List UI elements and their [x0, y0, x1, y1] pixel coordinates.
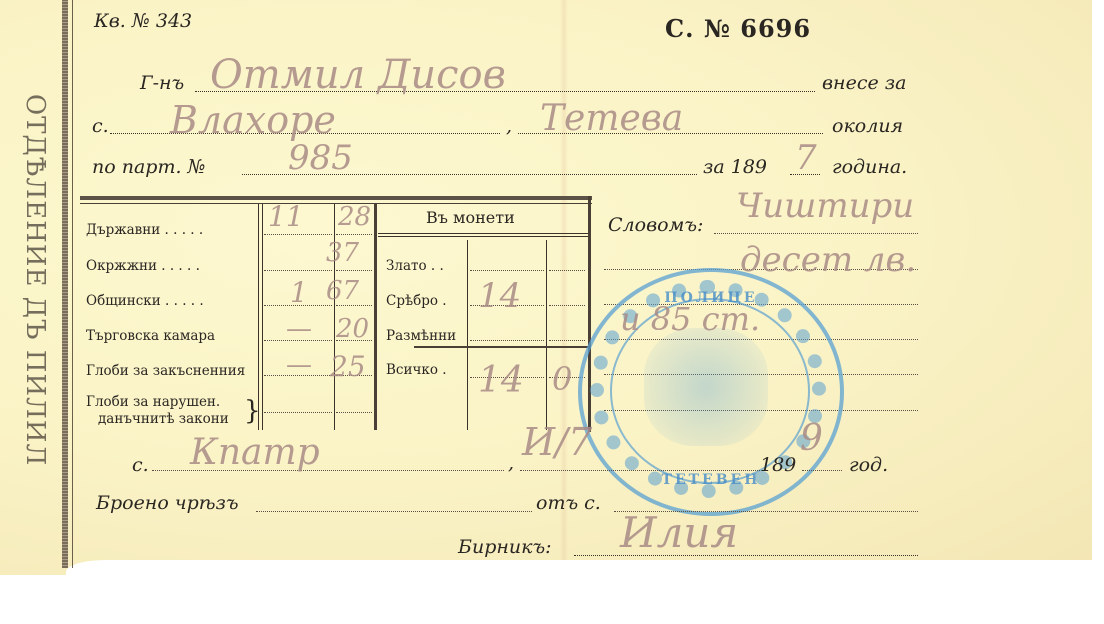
- handwritten-district-st: 37: [326, 238, 359, 268]
- handwritten-year-digit: 7: [795, 138, 817, 178]
- row-label-chamber: Търговска камара: [86, 328, 215, 344]
- payer-label: Г-нъ: [140, 72, 184, 94]
- handwritten-words-2: десет лв.: [740, 240, 916, 280]
- table-top-rule: [80, 203, 592, 204]
- words-label: Словомъ:: [608, 214, 703, 236]
- coins-header: Въ монети: [426, 208, 515, 227]
- handwritten-payer-name: Отмил Дисов: [210, 52, 506, 98]
- place-comma: ,: [508, 452, 514, 474]
- handwritten-date-year: 9: [800, 418, 823, 459]
- footer-year-prefix: 189: [760, 454, 796, 476]
- year-prefix: за 189: [703, 156, 767, 178]
- coins-header-rule: [378, 236, 588, 237]
- table-vline: [374, 204, 377, 430]
- handwritten-total-lev: 14: [478, 360, 524, 401]
- row-st-field[interactable]: [336, 234, 372, 235]
- coat-of-arms-icon: [644, 328, 768, 446]
- handwritten-words-1: Чиштири: [736, 186, 914, 226]
- district-suffix: околия: [832, 115, 903, 137]
- brace: }: [244, 396, 261, 426]
- handwritten-chamber-lev: —: [286, 314, 312, 344]
- handwritten-signature: Илия: [620, 508, 738, 557]
- coin-st-field[interactable]: [549, 340, 585, 341]
- handwritten-late-lev: —: [286, 350, 312, 380]
- row-label-district: Окржжни . . . . .: [86, 258, 200, 274]
- receipt-number: Кв. № 343: [94, 10, 192, 32]
- row-lev-field[interactable]: [264, 270, 332, 271]
- words-field-line-1[interactable]: [714, 233, 918, 234]
- stamp-bottom-text: ТЕТЕВЕН: [582, 472, 840, 488]
- torn-edge: [66, 560, 1096, 582]
- row-st-field[interactable]: [336, 270, 372, 271]
- coins-header-rule: [378, 233, 588, 234]
- coins-vline: [546, 240, 547, 430]
- coin-label-change: Размѣнни: [386, 328, 456, 344]
- row-label-late-fines: Глоби за закъсненния: [86, 363, 245, 379]
- handwritten-silver-lev: 14: [478, 276, 521, 316]
- row-label-violation-fines-2: данъчнитѣ закони: [98, 411, 229, 427]
- row-label-state: Държавни . . . . .: [86, 222, 203, 238]
- handwritten-municipal-lev: 1: [290, 276, 308, 309]
- village-comma: ,: [506, 115, 512, 137]
- stub-inner-line: [72, 0, 73, 568]
- year-suffix: година.: [832, 156, 907, 178]
- counted-by-field-line[interactable]: [256, 511, 532, 512]
- handwritten-party-number: 985: [288, 138, 353, 178]
- handwritten-village: Влахоре: [170, 98, 336, 142]
- handwritten-state-lev: 11: [268, 200, 304, 233]
- handwritten-total-st: 0: [552, 360, 572, 398]
- coins-vline: [467, 240, 468, 430]
- coins-total-rule: [414, 346, 588, 348]
- row-lev-field[interactable]: [264, 412, 332, 413]
- date-field-line[interactable]: [520, 470, 760, 471]
- handwritten-place: Кпатр: [190, 432, 320, 473]
- coin-label-gold: Злато . .: [386, 258, 444, 274]
- handwritten-state-st: 28: [338, 202, 371, 232]
- party-number-label: по парт. №: [92, 156, 206, 178]
- coin-lev-field[interactable]: [470, 270, 544, 271]
- counted-by-label: Броено чрѣзъ: [96, 492, 239, 514]
- coin-label-total: Всичко .: [386, 362, 447, 378]
- row-label-municipal: Общински . . . . .: [86, 293, 204, 309]
- collector-label: Бирникъ:: [458, 536, 552, 558]
- stub-side-text: ОТДѢЛЕНИЕ ДЪ ПИЛИЛ: [20, 20, 50, 540]
- coin-st-field[interactable]: [549, 270, 585, 271]
- handwritten-district: Тетева: [540, 98, 683, 139]
- coin-label-silver: Срѣбро .: [386, 293, 447, 309]
- table-vline: [262, 204, 263, 430]
- handwritten-chamber-st: 20: [336, 314, 369, 344]
- coin-st-field[interactable]: [549, 305, 585, 306]
- payer-suffix: внесе за: [822, 72, 906, 94]
- row-label-violation-fines: Глоби за нарушен.: [86, 394, 220, 410]
- village-label: с.: [92, 115, 109, 137]
- handwritten-words-3: и 85 ст.: [620, 300, 760, 338]
- serial-number: С. № 6696: [665, 14, 811, 43]
- handwritten-late-st: 25: [330, 350, 366, 383]
- coin-lev-field[interactable]: [470, 340, 544, 341]
- footer-year-suffix: год.: [849, 454, 888, 476]
- footer-year-field[interactable]: [802, 470, 842, 471]
- stub-perforation-border: [62, 0, 68, 568]
- handwritten-municipal-st: 67: [326, 276, 359, 306]
- from-village-label: отъ с.: [536, 492, 601, 514]
- row-st-field[interactable]: [336, 412, 372, 413]
- place-label: с.: [132, 454, 149, 476]
- handwritten-date: И/7: [522, 420, 592, 464]
- row-lev-field[interactable]: [264, 234, 332, 235]
